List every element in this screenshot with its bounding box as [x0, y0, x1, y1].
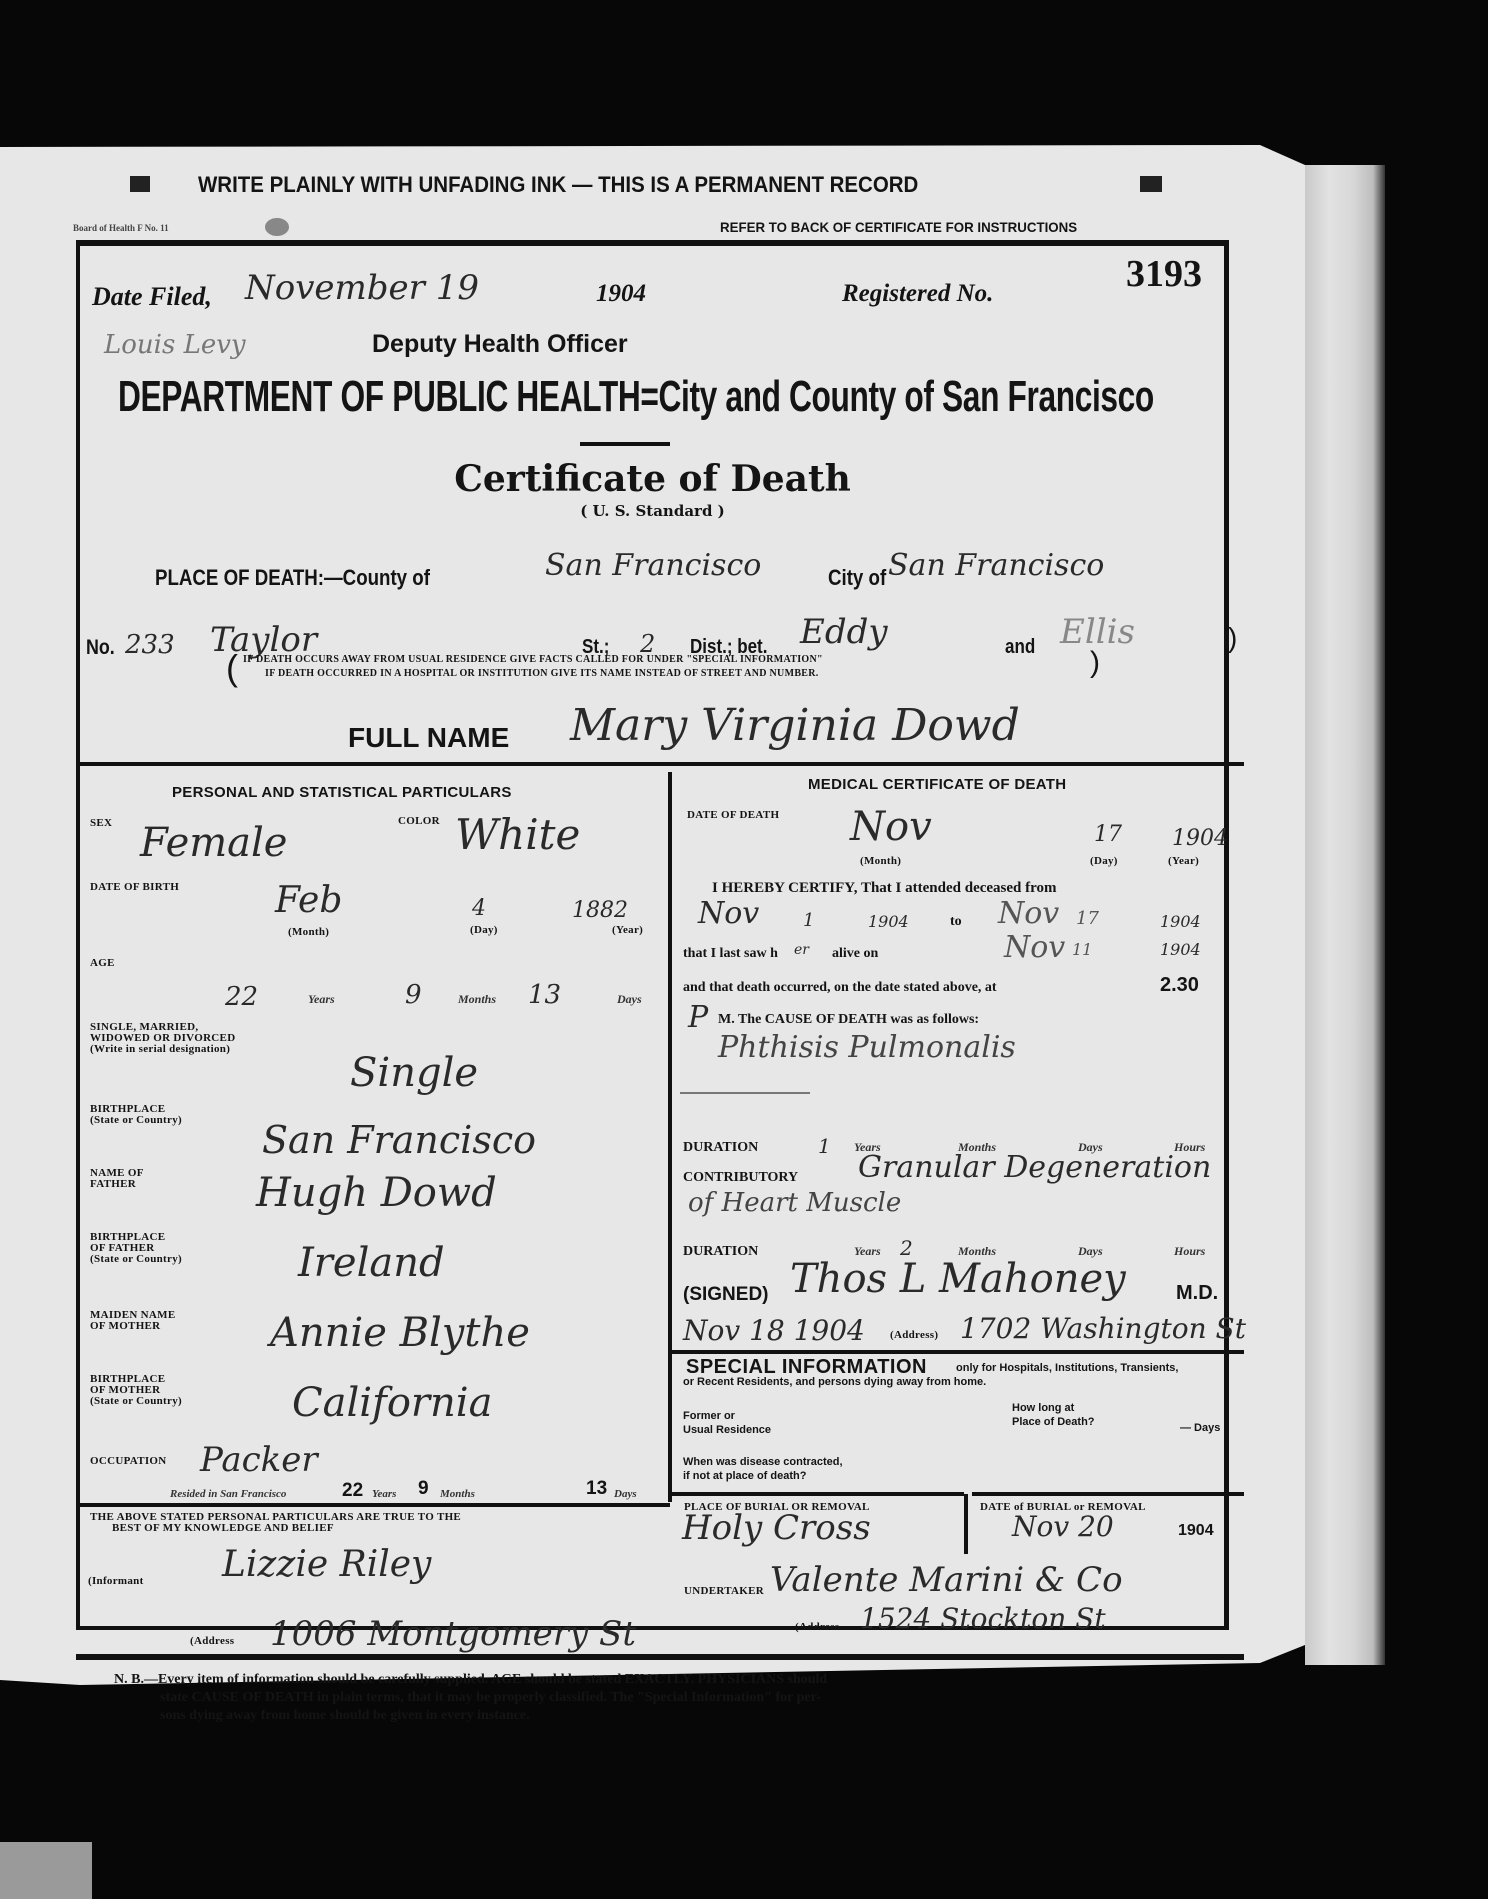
occupation-value: Packer	[200, 1440, 318, 1480]
years-caption: Years	[308, 992, 335, 1007]
undertaker-label: UNDERTAKER	[684, 1586, 764, 1597]
date-filed-value: November 19	[245, 268, 479, 308]
alive-on-label: alive on	[832, 946, 878, 962]
special-note-2: or Recent Residents, and persons dying a…	[683, 1376, 986, 1388]
physician-signature: Thos L Mahoney	[790, 1256, 1126, 1302]
age-label: AGE	[90, 958, 115, 969]
how-long-label-1: How long at	[1012, 1402, 1074, 1414]
place-note-2: IF DEATH OCCURRED IN A HOSPITAL OR INSTI…	[265, 668, 819, 679]
last-saw-year: 1904	[1160, 940, 1201, 959]
resided-months-caption: Months	[440, 1488, 475, 1500]
former-label-1: Former or	[683, 1410, 735, 1422]
undertaker-address-label: (Address	[795, 1622, 839, 1633]
dob-label: DATE OF BIRTH	[90, 882, 179, 893]
and-label: and	[1005, 636, 1035, 659]
days-caption: Days	[617, 992, 642, 1007]
marital-label-3: (Write in serial designation)	[90, 1044, 230, 1055]
attended-to-year: 1904	[1160, 912, 1201, 931]
registered-label: Registered No.	[842, 280, 993, 308]
cause-rule	[680, 1092, 810, 1094]
registered-number: 3193	[1126, 252, 1202, 296]
dod-month-caption: (Month)	[860, 856, 901, 867]
occupation-label: OCCUPATION	[90, 1456, 167, 1467]
seal-icon	[265, 218, 289, 236]
contrib-hours-caption: Hours	[1174, 1244, 1205, 1259]
burial-column-divider	[964, 1494, 968, 1554]
pointing-hand-icon	[1140, 176, 1162, 192]
burial-divider-right	[972, 1492, 1244, 1496]
sex-value: Female	[140, 820, 287, 866]
day-caption: (Day)	[470, 925, 498, 936]
section-divider	[76, 762, 1244, 766]
cause-value: Phthisis Pulmonalis	[718, 1030, 1016, 1065]
personal-heading: PERSONAL AND STATISTICAL PARTICULARS	[172, 784, 512, 801]
burial-divider-left	[670, 1492, 964, 1496]
former-label-2: Usual Residence	[683, 1424, 771, 1436]
footnote-line-3: sons dying away from home should be give…	[160, 1708, 530, 1724]
dod-day-caption: (Day)	[1090, 856, 1118, 867]
banner-text: WRITE PLAINLY WITH UNFADING INK — THIS I…	[198, 172, 918, 198]
mother-value: Annie Blythe	[270, 1310, 530, 1356]
marital-value: Single	[350, 1050, 478, 1096]
place-of-death-label: PLACE OF DEATH:—County of	[155, 565, 430, 591]
father-birthplace-value: Ireland	[298, 1240, 445, 1286]
special-note-1: only for Hospitals, Institutions, Transi…	[956, 1362, 1178, 1374]
mother-birthplace-value: California	[292, 1380, 492, 1426]
certificate-title: Certificate of Death	[0, 458, 1305, 500]
mother-bp-label-3: (State or Country)	[90, 1396, 182, 1407]
age-days: 13	[528, 980, 561, 1010]
column-divider	[668, 772, 672, 1502]
footnote-line-2: state CAUSE OF DEATH in plain terms, tha…	[160, 1690, 821, 1706]
father-bp-label-3: (State or Country)	[90, 1254, 182, 1265]
duration-label: DURATION	[683, 1140, 758, 1156]
full-name-value: Mary Virginia Dowd	[570, 700, 1020, 751]
resided-days: 13	[586, 1478, 607, 1500]
birthplace-label-2: (State or Country)	[90, 1115, 182, 1126]
attended-to-day: 17	[1076, 908, 1099, 929]
father-value: Hugh Dowd	[256, 1170, 497, 1216]
contributory-2: of Heart Muscle	[688, 1188, 901, 1218]
place-note-1: IF DEATH OCCURS AWAY FROM USUAL RESIDENC…	[243, 654, 823, 665]
contrib-duration-label: DURATION	[683, 1244, 758, 1260]
resided-years: 22	[342, 1480, 363, 1502]
undertaker-address: 1524 Stockton St	[860, 1602, 1106, 1635]
attended-from-month: Nov	[698, 896, 759, 931]
date-filed-year: 1904	[596, 280, 646, 308]
dod-day: 17	[1094, 822, 1122, 847]
attended-to-month: Nov	[998, 896, 1059, 931]
resided-label: Resided in San Francisco	[170, 1488, 286, 1500]
time-of-death: 2.30	[1160, 974, 1199, 997]
burial-year: 1904	[1178, 1522, 1214, 1540]
attended-from-day: 1	[803, 910, 814, 931]
city-label: City of	[828, 565, 886, 591]
between-street-1: Eddy	[800, 612, 888, 652]
city-value: San Francisco	[888, 548, 1104, 583]
close-paren-note: )	[1090, 648, 1100, 678]
date-filed-label: Date Filed,	[92, 282, 212, 312]
age-years: 22	[225, 982, 258, 1012]
informant-label: (Informant	[88, 1576, 144, 1587]
undertaker-name: Valente Marini & Co	[770, 1560, 1123, 1600]
age-months: 9	[405, 980, 422, 1010]
resided-months: 9	[418, 1478, 429, 1500]
officer-signature: Louis Levy	[104, 330, 246, 360]
title-divider	[580, 442, 670, 446]
attended-from-year: 1904	[868, 912, 909, 931]
dob-month: Feb	[275, 880, 342, 921]
medical-heading: MEDICAL CERTIFICATE OF DEATH	[808, 776, 1066, 793]
month-caption: (Month)	[288, 927, 329, 938]
last-saw-pronoun: er	[794, 942, 809, 958]
special-divider	[670, 1350, 1244, 1354]
informant-name: Lizzie Riley	[222, 1544, 431, 1585]
department-title: DEPARTMENT OF PUBLIC HEALTH=City and Cou…	[118, 372, 1154, 422]
dod-year: 1904	[1172, 826, 1228, 851]
resided-years-caption: Years	[372, 1488, 396, 1500]
sex-label: SEX	[90, 818, 112, 829]
contributory-label: CONTRIBUTORY	[683, 1170, 798, 1186]
last-saw-day: 11	[1072, 940, 1092, 959]
burial-place: Holy Cross	[682, 1508, 871, 1548]
physician-address-label: (Address)	[890, 1330, 938, 1341]
resided-days-caption: Days	[614, 1488, 637, 1500]
dod-month: Nov	[850, 804, 932, 850]
signed-label: (SIGNED)	[683, 1284, 769, 1306]
ampm-value: P	[688, 1000, 708, 1035]
dob-day: 4	[472, 896, 486, 921]
father-label-2: FATHER	[90, 1179, 136, 1190]
last-saw-month: Nov	[1004, 930, 1065, 965]
number-label: No.	[86, 636, 115, 660]
form-id: Board of Health F No. 11	[73, 223, 169, 233]
dod-year-caption: (Year)	[1168, 856, 1199, 867]
standard-subtitle: ( U. S. Standard )	[0, 502, 1305, 520]
officer-title: Deputy Health Officer	[372, 330, 628, 359]
months-caption: Months	[458, 992, 496, 1007]
close-paren: )	[1228, 622, 1237, 654]
mother-label-2: OF MOTHER	[90, 1321, 160, 1332]
county-value: San Francisco	[545, 548, 761, 583]
informant-address-label: (Address	[190, 1636, 234, 1647]
how-long-label-2: Place of Death?	[1012, 1416, 1095, 1428]
md-label: M.D.	[1176, 1282, 1218, 1305]
to-label: to	[950, 914, 962, 930]
footnote-line-1: N. B.—Every item of information should b…	[114, 1672, 827, 1688]
contracted-label-1: When was disease contracted,	[683, 1456, 843, 1468]
color-label: COLOR	[398, 816, 440, 827]
pointing-hand-icon	[130, 176, 150, 192]
bottom-rule	[76, 1654, 1244, 1660]
full-name-label: FULL NAME	[348, 722, 509, 754]
year-caption: (Year)	[612, 925, 643, 936]
certify-text: I HEREBY CERTIFY, That I attended deceas…	[712, 880, 1057, 897]
birthplace-value: San Francisco	[262, 1118, 536, 1162]
burial-date: Nov 20	[1012, 1510, 1114, 1543]
color-value: White	[455, 810, 580, 859]
last-saw-label: that I last saw h	[683, 946, 778, 962]
cause-label: M. The CAUSE OF DEATH was as follows:	[718, 1012, 979, 1028]
informant-divider	[76, 1503, 670, 1507]
dob-year: 1882	[572, 898, 628, 923]
duration-years: 1	[818, 1134, 831, 1158]
contracted-label-2: if not at place of death?	[683, 1470, 806, 1482]
page-edge	[1305, 165, 1385, 1665]
paper-scrap	[0, 1842, 92, 1899]
informant-statement-2: BEST OF MY KNOWLEDGE AND BELIEF	[112, 1523, 334, 1534]
informant-address: 1006 Montgomery St	[270, 1614, 636, 1654]
physician-address: 1702 Washington St	[960, 1312, 1246, 1345]
occurred-text: and that death occurred, on the date sta…	[683, 980, 997, 996]
street-number: 233	[125, 630, 175, 660]
signed-date: Nov 18 1904	[683, 1314, 865, 1347]
days-label: — Days	[1180, 1422, 1220, 1434]
open-paren: (	[226, 650, 238, 686]
dod-label: DATE OF DEATH	[687, 810, 779, 821]
instructions-note: REFER TO BACK OF CERTIFICATE FOR INSTRUC…	[720, 219, 1077, 235]
contributory-1: Granular Degeneration	[858, 1150, 1211, 1185]
